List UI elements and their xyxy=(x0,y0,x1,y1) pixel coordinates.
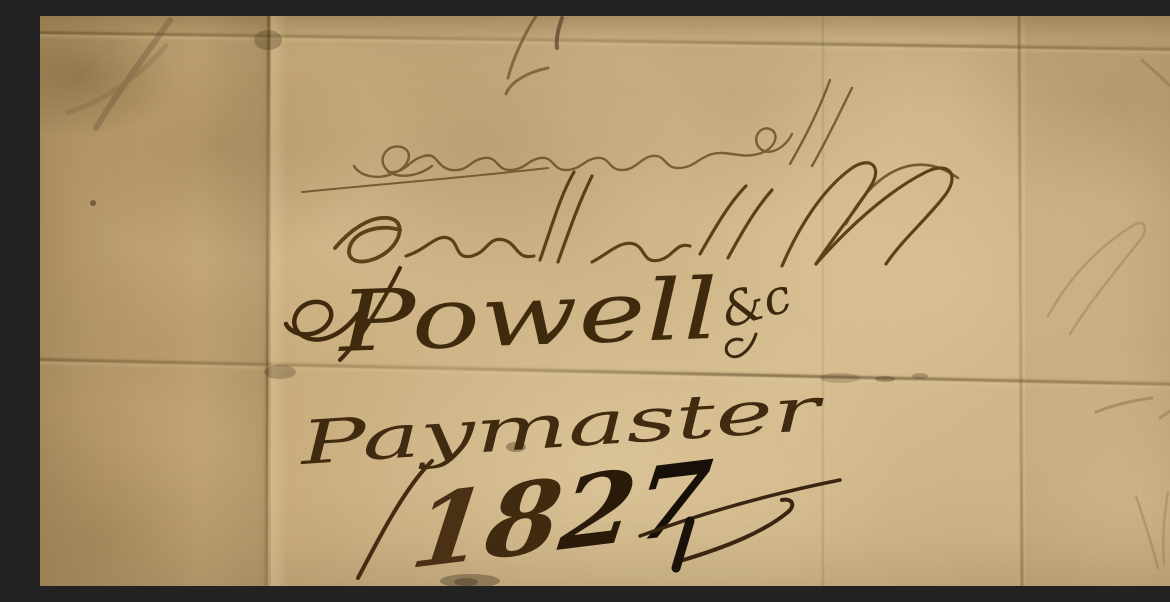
inverted-script-line-2 xyxy=(335,163,958,266)
docket-name-group: Powell &c xyxy=(286,260,797,371)
inverted-script-line-1 xyxy=(302,80,852,192)
right-edge-bleed-marks xyxy=(1048,54,1170,568)
top-edge-ink-fragments xyxy=(506,16,562,94)
handwriting-layer: Powell &c Paymaster 1827 xyxy=(40,16,1170,586)
docket-name-suffix-text: &c xyxy=(715,267,797,339)
docket-year-group: 1827 xyxy=(358,439,840,586)
pencil-cross-mark xyxy=(68,20,170,128)
docket-name-text: Powell xyxy=(335,260,721,371)
manuscript-photo: Powell &c Paymaster 1827 xyxy=(40,16,1170,586)
